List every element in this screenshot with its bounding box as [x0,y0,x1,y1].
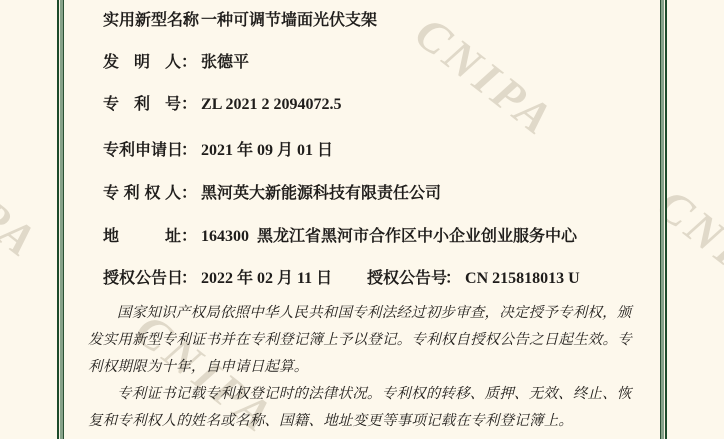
field-colon: ： [181,140,197,162]
field-label: 授权公告日 [103,268,181,290]
field-label: 实用新型名称 [103,10,181,32]
field-label: 专利申请日 [103,140,181,162]
field-value: 164300 黑龙江省黑河市合作区中小企业创业服务中心 [201,226,577,248]
field-label: 地址 [103,226,181,248]
field-colon: ： [181,226,197,248]
field-colon: ： [181,183,197,205]
field-label: 发明人 [103,52,181,74]
field-value: 2021 年 09 月 01 日 [201,140,333,162]
field-value: ZL 2021 2 2094072.5 [201,94,341,116]
field-patentee: 专利权人：黑河英大新能源科技有限责任公司 [103,183,441,205]
cnipa-watermark: CNIPA [647,178,724,320]
field-colon: ： [181,52,197,74]
field-colon: ： [181,268,197,290]
cnipa-watermark: CNIPA [405,6,565,148]
field-colon: ： [445,268,461,290]
field-value: 张德平 [201,52,249,74]
field-colon: ： [181,10,197,32]
field-label: 专利号 [103,94,181,116]
field-value: 一种可调节墙面光伏支架 [201,10,377,32]
field-value: 黑河英大新能源科技有限责任公司 [201,183,441,205]
legal-text-block: 国家知识产权局依照中华人民共和国专利法经过初步审查，决定授予专利权，颁发实用新型… [88,300,644,435]
field-address: 地址：164300 黑龙江省黑河市合作区中小企业创业服务中心 [103,226,577,248]
field-colon: ： [181,94,197,116]
field-label: 授权公告号 [367,268,445,290]
field-label: 专利权人 [103,183,181,205]
legal-paragraph-register: 专利证书记载专利权登记时的法律状况。专利权的转移、质押、无效、终止、恢复和专利权… [88,381,644,435]
cnipa-watermark: CNIPA [0,128,50,270]
field-value: 2022 年 02 月 11 日 [201,268,332,290]
field-grant-number: 授权公告号：CN 215818013 U [367,268,580,290]
field-value: CN 215818013 U [465,268,580,290]
frame-border-right [660,0,667,439]
legal-paragraph-grant: 国家知识产权局依照中华人民共和国专利法经过初步审查，决定授予专利权，颁发实用新型… [88,300,644,381]
frame-border-left [57,0,64,439]
patent-certificate-page: CNIPA CNIPA CNIPA CNIPA 实用新型名称：一种可调节墙面光伏… [0,0,724,439]
field-application-date: 专利申请日：2021 年 09 月 01 日 [103,140,333,162]
field-patent-number: 专利号：ZL 2021 2 2094072.5 [103,94,341,116]
field-utility-model-name: 实用新型名称：一种可调节墙面光伏支架 [103,10,377,32]
field-grant-date-and-number: 授权公告日：2022 年 02 月 11 日 授权公告号：CN 21581801… [103,268,332,290]
field-inventor: 发明人：张德平 [103,52,249,74]
